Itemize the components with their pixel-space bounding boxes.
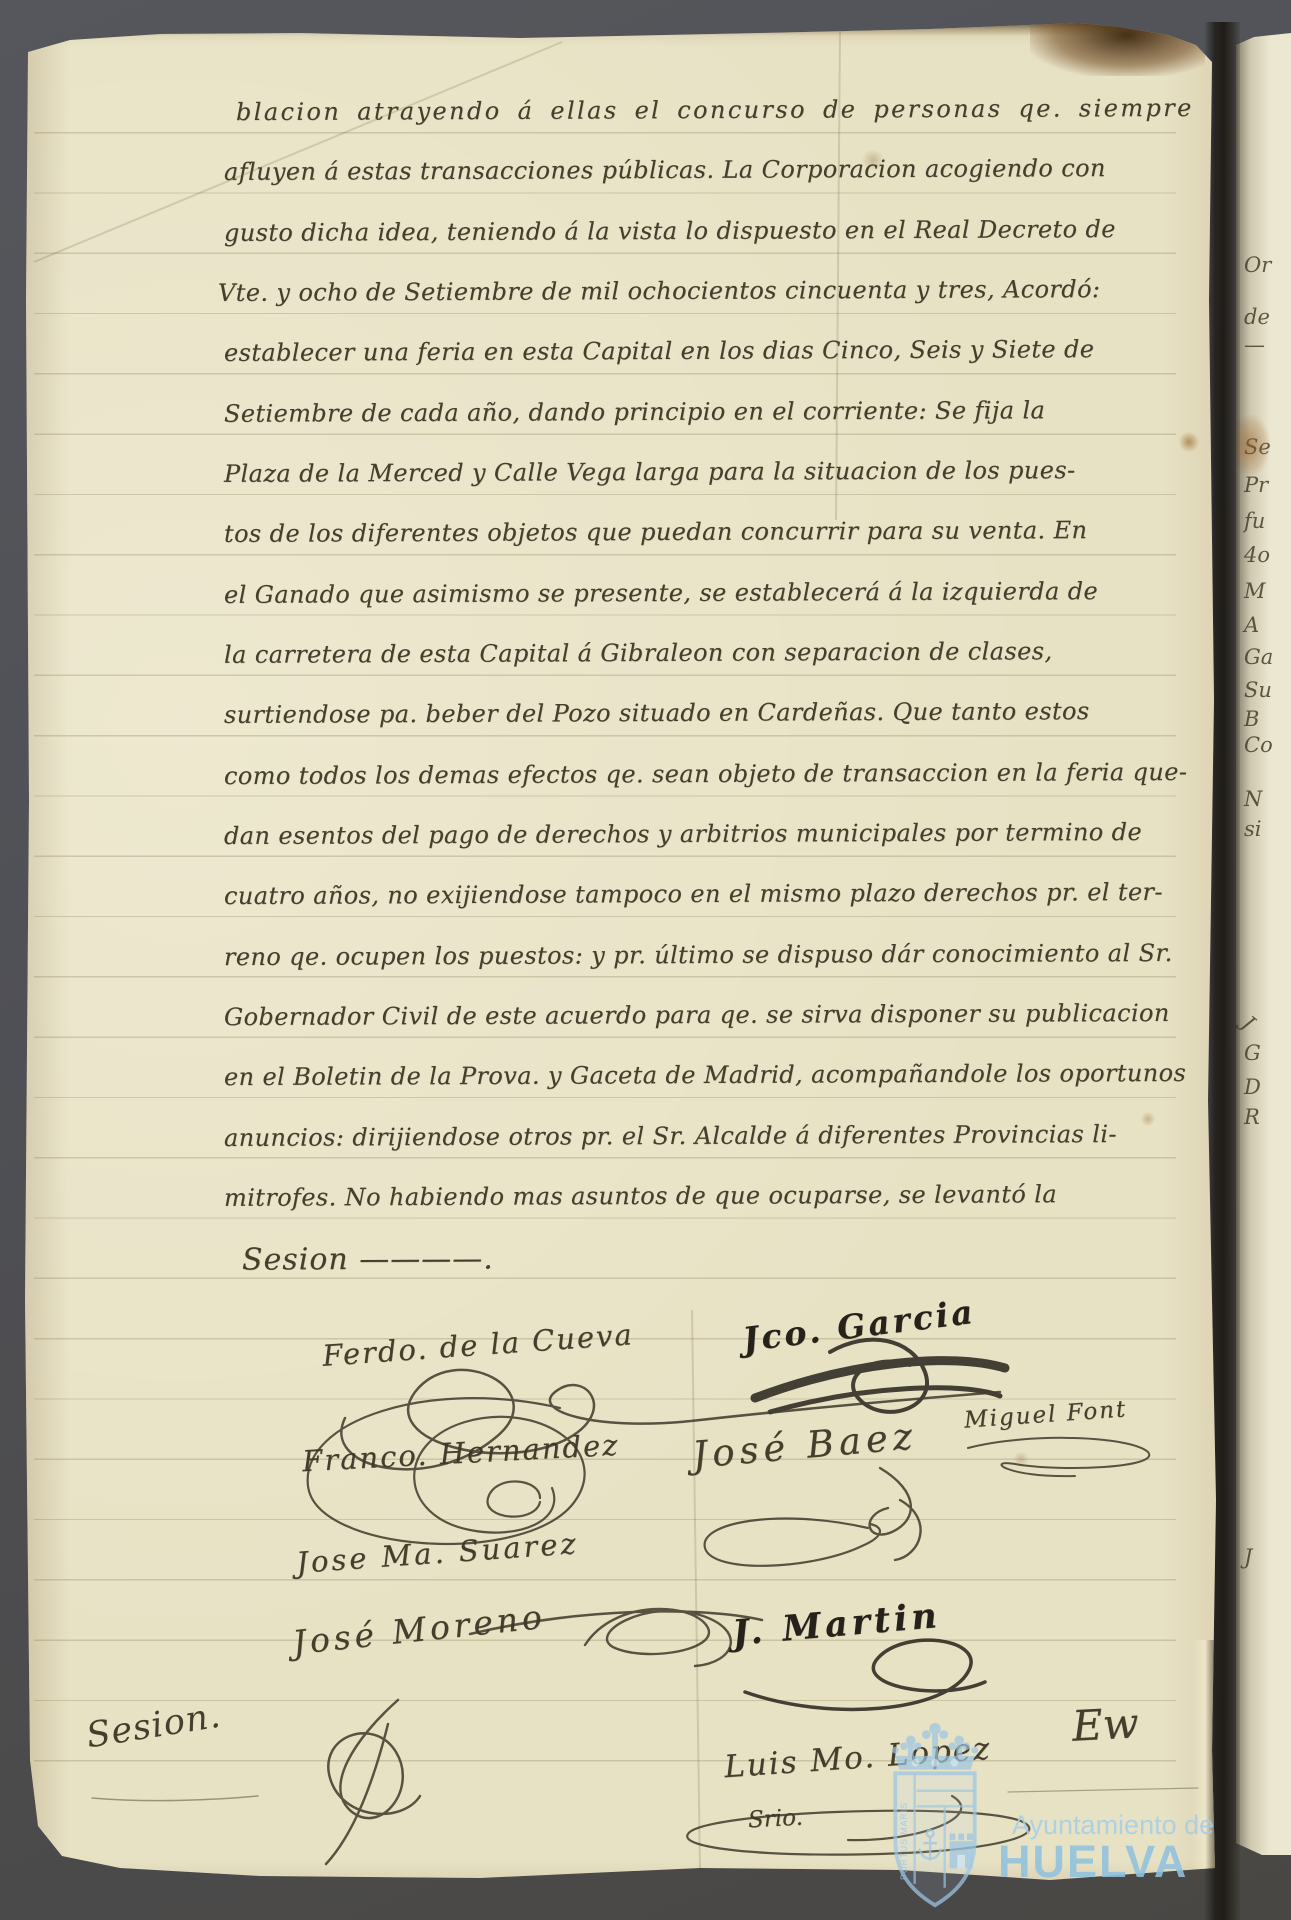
secretary-title: Srio. — [747, 1805, 803, 1834]
text-line: anuncios: dirijiendose otros pr. el Sr. … — [224, 1120, 1117, 1152]
ruled-lines — [34, 73, 1176, 1803]
stain — [1178, 432, 1200, 452]
text-line: Vte. y ocho de Setiembre de mil ochocien… — [218, 275, 1101, 307]
text-line: dan esentos del pago de derechos y arbit… — [224, 818, 1142, 850]
text-line: afluyen á estas transacciones públicas. … — [224, 154, 1106, 186]
text-line: Sesion ————. — [242, 1241, 494, 1277]
adjacent-text-fragment: si — [1244, 817, 1262, 841]
text-line: Gobernador Civil de este acuerdo para qe… — [224, 999, 1170, 1031]
text-line: reno qe. ocupen los puestos: y pr. últim… — [224, 939, 1173, 971]
text-line: la carretera de esta Capital á Gibraleon… — [224, 637, 1053, 669]
text-line: en el Boletin de la Prova. y Gaceta de M… — [224, 1059, 1186, 1091]
text-line: establecer una feria en esta Capital en … — [224, 335, 1094, 367]
adjacent-text-fragment: Or — [1244, 253, 1271, 277]
text-line: el Ganado que asimismo se presente, se e… — [224, 577, 1098, 609]
adjacent-text-fragment: D — [1244, 1075, 1261, 1099]
watermark-huelva: HUELVA — [998, 1836, 1188, 1888]
text-line: como todos los demas efectos qe. sean ob… — [224, 758, 1187, 790]
adjacent-text-fragment: de — [1244, 305, 1270, 329]
adjacent-text-fragment: Co — [1244, 733, 1273, 757]
stain — [1236, 415, 1270, 475]
huelva-crest-icon: PORTUS MARIS — [872, 1716, 998, 1916]
text-line: Plaza de la Merced y Calle Vega larga pa… — [224, 456, 1076, 488]
text-line: tos de los diferentes objetos que puedan… — [224, 516, 1087, 548]
adjacent-page: Or de — Se Pr fu 4o M A Ga Su B Co N si … — [1236, 33, 1291, 1855]
burn-mark — [1030, 18, 1205, 76]
adjacent-text-fragment: G — [1244, 1041, 1261, 1065]
text-line: blacion atrayendo á ellas el concurso de… — [236, 94, 1194, 126]
text-line: surtiendose pa. beber del Pozo situado e… — [224, 697, 1090, 729]
text-line: gusto dicha idea, teniendo á la vista lo… — [224, 215, 1116, 247]
adjacent-text-fragment: B — [1244, 707, 1259, 731]
adjacent-text-fragment: A — [1244, 613, 1259, 637]
adjacent-text-fragment: fu — [1244, 509, 1265, 533]
adjacent-text-fragment: Ga — [1244, 645, 1273, 669]
adjacent-text-fragment: 4o — [1244, 543, 1270, 567]
adjacent-text-fragment: M — [1244, 579, 1266, 603]
adjacent-text-fragment: J — [1244, 1545, 1252, 1569]
tower-icon — [950, 1833, 973, 1868]
adjacent-text-fragment: J — [1237, 1011, 1259, 1035]
adjacent-text-fragment: R — [1244, 1105, 1260, 1129]
text-line: Setiembre de cada año, dando principio e… — [224, 396, 1045, 428]
text-line: cuatro años, no exijiendose tampoco en e… — [224, 878, 1163, 910]
adjacent-text-fragment: — — [1244, 333, 1265, 357]
adjacent-text-fragment: N — [1244, 787, 1262, 811]
text-line: mitrofes. No habiendo mas asuntos de que… — [224, 1180, 1057, 1212]
adjacent-text-fragment: Pr — [1244, 473, 1268, 497]
adjacent-text-fragment: Su — [1244, 678, 1272, 702]
manuscript-page: blacion atrayendo á ellas el concurso de… — [0, 0, 1291, 1920]
archive-scan: Or de — Se Pr fu 4o M A Ga Su B Co N si … — [0, 0, 1291, 1920]
huelva-watermark: PORTUS MARIS Ayuntamiento de HUELVA — [872, 1712, 1232, 1920]
crest-motto: PORTUS MARIS — [899, 1802, 909, 1880]
